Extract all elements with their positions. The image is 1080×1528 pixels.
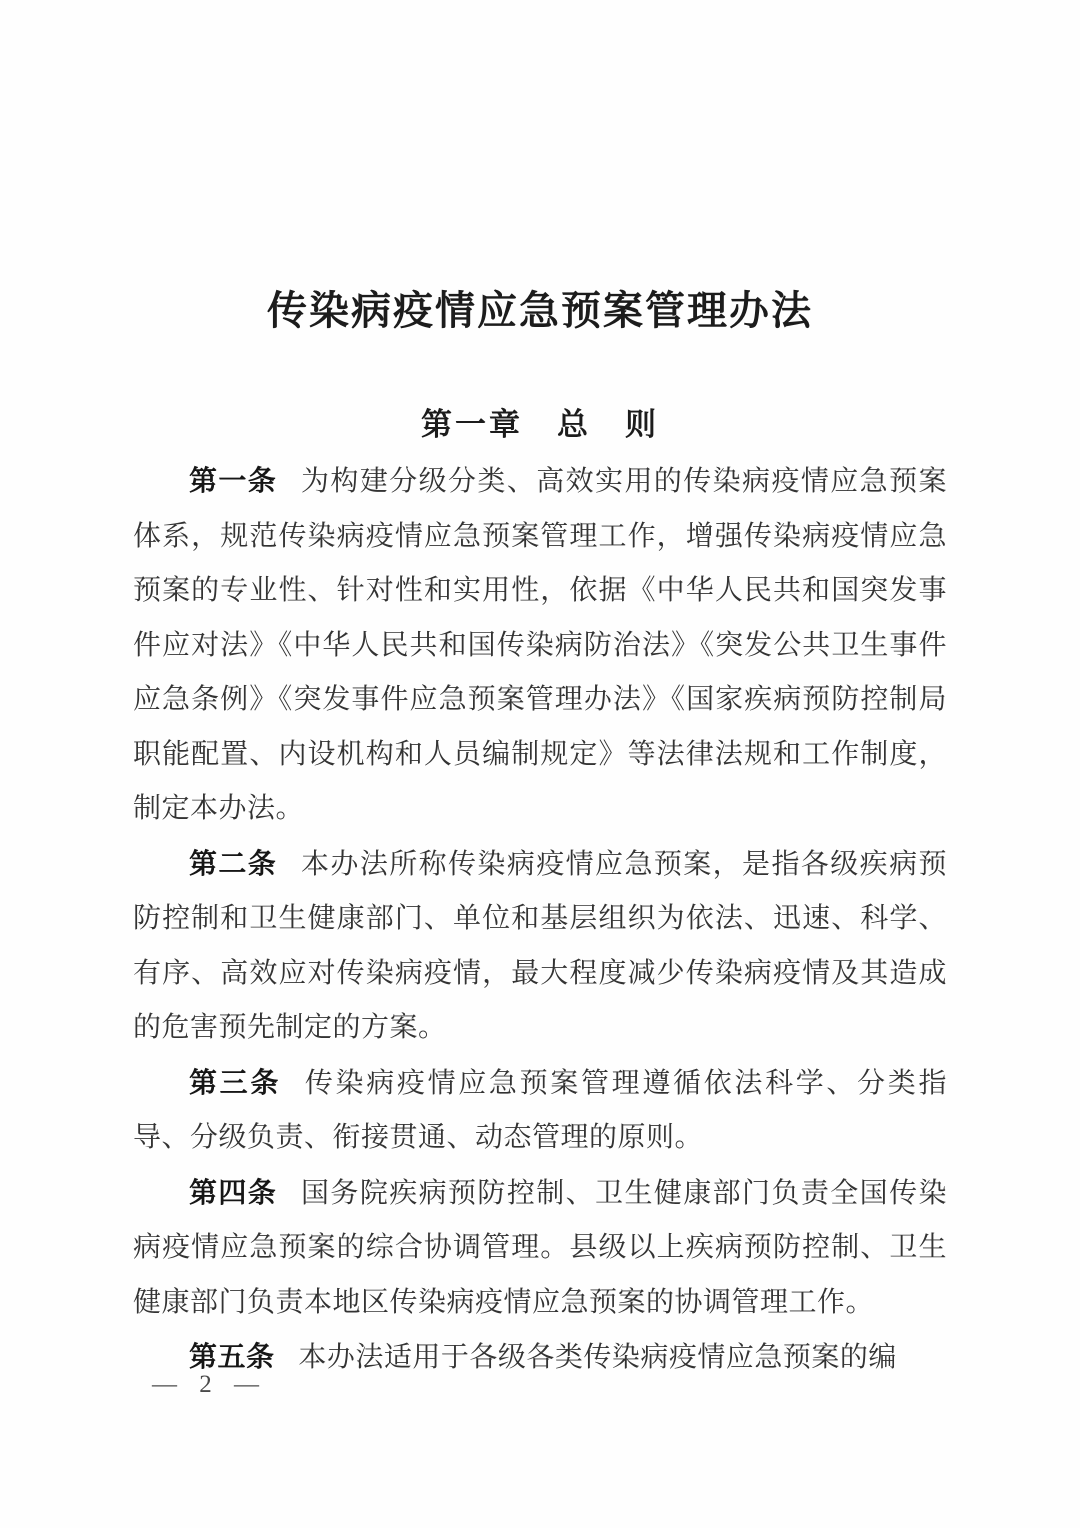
article-paragraph-1: 第一条为构建分级分类、高效实用的传染病疫情应急预案体系，规范传染病疫情应急预案管…	[133, 454, 947, 837]
article-5-text: 本办法适用于各级各类传染病疫情应急预案的编	[298, 1342, 897, 1373]
article-paragraph-4: 第四条国务院疾病预防控制、卫生健康部门负责全国传染病疫情应急预案的综合协调管理。…	[133, 1166, 947, 1331]
article-2-label: 第二条	[189, 848, 277, 879]
article-list: 第一条为构建分级分类、高效实用的传染病疫情应急预案体系，规范传染病疫情应急预案管…	[133, 454, 947, 1386]
article-paragraph-3: 第三条传染病疫情应急预案管理遵循依法科学、分类指导、分级负责、衔接贯通、动态管理…	[133, 1056, 947, 1166]
document-content: 传染病疫情应急预案管理办法 第一章 总 则 第一条为构建分级分类、高效实用的传染…	[0, 0, 1080, 1386]
article-3-label: 第三条	[189, 1067, 281, 1098]
document-title: 传染病疫情应急预案管理办法	[133, 291, 947, 331]
article-1-label: 第一条	[189, 465, 277, 496]
page-number: — 2 —	[152, 1370, 261, 1400]
document-page: 传染病疫情应急预案管理办法 第一章 总 则 第一条为构建分级分类、高效实用的传染…	[0, 0, 1080, 1528]
article-5-label: 第五条	[189, 1341, 275, 1372]
article-1-text: 为构建分级分类、高效实用的传染病疫情应急预案体系，规范传染病疫情应急预案管理工作…	[133, 466, 947, 824]
article-paragraph-2: 第二条本办法所称传染病疫情应急预案，是指各级疾病预防控制和卫生健康部门、单位和基…	[133, 837, 947, 1056]
chapter-heading: 第一章 总 则	[133, 409, 947, 440]
article-4-label: 第四条	[189, 1177, 277, 1208]
